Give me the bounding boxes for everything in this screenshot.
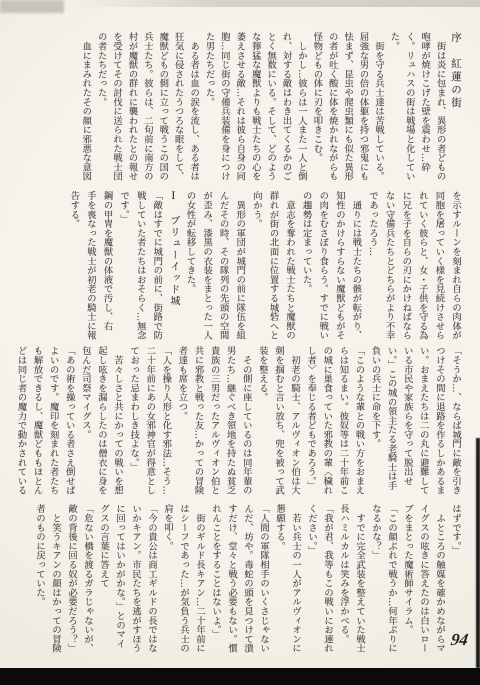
text-column: 懇願する。 [271,504,287,668]
text-column: 「この顔ぶれで戦うか…何年ぶりに [383,504,399,668]
text-column: の城に巣食っていた邪教の輩〈穢れ [318,346,334,510]
text-column: の趨勢は定まっていた。 [297,191,314,355]
text-column: よいのです。魔印を刻まれた者たち [45,346,61,510]
text-column: 「人を操り人形と化す邪法…そう… [157,346,173,510]
text-column: い。おまえたちは二の丸に避難して [415,346,431,510]
text-column: れ、対する敵はわき出てくるかのご [278,32,293,196]
text-column: と笑うキアンの顔はかっての冒険 [47,504,63,668]
text-column: も解放できるし、魔獣どももほとん [28,346,44,510]
text-column: であったろう… [363,191,380,355]
text-column: んだその時、その隊列の先頭の空間 [214,191,231,355]
text-column: の者が吐く酸に体を焼かれながらも [324,32,339,196]
text-column: 街のギルド長キアン…二十年前に [191,504,207,668]
text-column: ある者は血の涙を流し、ある者は [186,32,201,196]
text-column: 群れが街の北面に位置する城砦へと [264,191,281,355]
text-column: 「そうか…、ならば城門に敵を引き [447,346,463,510]
text-column: らは知るまい。彼奴等は二十年前こ [334,346,350,510]
text-column: 告する。 [65,191,82,355]
text-column: ください。」 [303,504,319,668]
text-column: んだ、坊や。毒蛇の頭を見つけて潰 [239,504,255,668]
text-column: ブをまとった魔術師サイラム。 [399,504,415,668]
text-column: 「今の貴公は商工ギルドの長ではな [143,504,159,668]
text-column: 街は炎に包まれ、異形の者どもの [432,32,447,196]
text-column: いかキアン。市民たちを逃がすほう [127,504,143,668]
text-column: 村が魔獣の群れに襲われたとの報せ [124,32,139,196]
text-band-1: 序 紅蓮の街 街は炎に包まれ、異形の者どもの咆哮が焼けこげた壁を震わせ…砕く。リ… [11,32,463,196]
text-column: 「危ない橋を渡るガラじゃないが、 [79,504,95,668]
text-column: グスの言葉に答えて [95,504,111,668]
text-column: 苦々しさと共にかっての戦いを想 [109,346,125,510]
text-column: 者のものに戻っていた。 [31,504,47,668]
text-column: 男たち…継ぐべき領地を持たぬ貧乏 [222,346,238,510]
text-column: 血にまみれたその顔に邪悪な意図 [78,32,93,196]
chapter-title: 序 紅蓮の街 [448,32,463,196]
text-column: 異形の軍団が城門の前に隊伍を組 [231,191,248,355]
text-column: 魔獣どもの側に立って戦うこの国の [155,32,170,196]
text-column: つけその間に退路を作るしかあるま [431,346,447,510]
text-column: 「あの術を操っている者さえ倒せば [61,346,77,510]
text-column: れていく彼らと、女・子供を守る為 [413,191,430,355]
text-column: すだけ、堂々と戦う必要もない。慣 [223,504,239,668]
text-column: 通りには戦士たちの骸が転がり、 [347,191,364,355]
text-column: ない守備兵たちとどちらがより不幸 [380,191,397,355]
text-column: 「敵はすでに城門の前に、街路で防 [148,191,165,355]
text-column: く。リュハスの街は戦場と化してい [401,32,416,196]
text-column: 萎えさせる敵…それは彼ら自身の同 [232,32,247,196]
text-column: 敵の背後に回る奴が必要だろう？」 [63,504,79,668]
text-column: に兄を子を自らの刃にかけねばなら [397,191,414,355]
text-column: 二十年前にあの女邪神官が得意とし [141,346,157,510]
text-column: 装を整える。 [254,346,270,510]
text-column: 「我が君、我等もこの戦いにお連れ [319,504,335,668]
text-column: た男たちだった。 [201,32,216,196]
page-number: 94 [450,630,470,650]
text-column: 鋼の甲冑を魔獣の体液で汚し、右 [98,191,115,355]
text-column: 胞…同じ街の守備兵装備を身につけ [217,32,232,196]
scan-bar-bottom [0,668,480,685]
text-column: 兵士たち。彼らは、二旬前に南方の [139,32,154,196]
text-column: 知性のかけらすらない魔獣どもがそ [330,191,347,355]
section-heading: Ⅰ ブリューイッド城 [164,191,181,355]
text-column: どは同じ者の魔力で動かされている [12,346,28,510]
scan-edge-right [476,438,480,668]
text-column: 意志を奪われた戦士たちと魔獣の [280,191,297,355]
scan-edge-top [0,0,480,7]
text-column: ふところの触媒を確かめながらマ [431,504,447,668]
text-column: が歪み、漆黒の衣装をまとった一人 [198,191,215,355]
text-column: すでに完全武装を整えていた戦士 [351,504,367,668]
text-column: はシーフであった…が気負う兵士の [175,504,191,668]
text-column: 長ハミルカルは笑みを浮かべる。 [335,504,351,668]
text-column: ておった忌まわしき技よな。」 [125,346,141,510]
text-column: 街を守る兵士達は苦戦している。 [371,32,386,196]
text-column: 起し呟きを漏らしたのは僧衣に身を [93,346,109,510]
text-column: 「人間の軍隊相手のいくさじゃない [255,504,271,668]
text-column: 包んだ司祭マイグス。 [77,346,93,510]
text-column: なるかな？」 [367,504,383,668]
text-column: に回ってはいかがかな。」とのマイ [111,504,127,668]
text-column: を示すルーンを刻まれ自らの肉体が [446,191,463,355]
scanned-novel-page: 序 紅蓮の街 街は炎に包まれ、異形の者どもの咆哮が焼けこげた壁を震わせ…砕く。リ… [0,0,480,685]
text-column: を受けてその討伐に送られた戦士団 [109,32,124,196]
text-column: いる市民や家族らを守って脱出せ [399,346,415,510]
text-column: とく無数にいる。そして、どのよう [263,32,278,196]
text-band-2: を示すルーンを刻まれ自らの肉体が同胞を屠っていく様を見続けさせられていく彼らと、… [11,191,463,355]
text-band-4: はずです。」 ふところの触媒を確かめながらマイグスの呟きに答えたのは白いローブを… [11,504,463,668]
text-column: し者〉を奉じる者どもであろう。」 [302,346,318,510]
text-column: 手を喪なった戦士が初老の騎士に報 [81,191,98,355]
text-column: 者達も席を立つ。 [173,346,189,510]
text-column: た。 [386,32,401,196]
text-column: イグスの呟きに答えたのは白いロー [415,504,431,668]
text-column: 肩を叩く。 [159,504,175,668]
text-column: れんことをすることはないよ。」 [207,504,223,668]
text-column: 貴族の三男だったアルヴィオン伯と [206,346,222,510]
text-column: 負いの兵士に命を下す。 [366,346,382,510]
text-column: 怪物どもの体に刃を叩きこむ。 [309,32,324,196]
scan-corner-smudge [0,0,64,13]
text-column: の女性が転移してきた。 [181,191,198,355]
text-column: 共に邪教と戦った友…かっての冒険 [189,346,205,510]
text-column: の肉をむさぼり食らう。すでに戦い [314,191,331,355]
text-column: 戦していた者たちはおそらく…無念 [131,191,148,355]
text-column: です。」 [115,191,132,355]
text-column: い。」この城の領主たる老騎士は手 [383,346,399,510]
text-column: 初老の騎士、アルヴィオン伯は大 [286,346,302,510]
text-column: 狂気に侵されたうつろな眼をして、 [170,32,185,196]
text-column: その側に座しているのは同年輩の [238,346,254,510]
text-column: 若い兵士の一人がアルヴィオンに [287,504,303,668]
text-column: 同胞を屠っていく様を見続けさせら [430,191,447,355]
text-column: 剣を掴むと言い放ち、兜を被って武 [270,346,286,510]
text-column: しかし…彼らは一人また一人と倒 [294,32,309,196]
text-column: 怯まず、昆虫や爬虫類にも似た異形 [340,32,355,196]
text-column: 屈強な男の倍の体躯を持つ邪鬼にも [355,32,370,196]
text-column: な獰猛な魔獣よりも戦士たちの心を [247,32,262,196]
text-column: の者たちだった。 [93,32,108,196]
text-column: 「このような輩との戦い方をおまえ [350,346,366,510]
text-column: 向かう。 [247,191,264,355]
text-column: 咆哮が焼けこげた壁を震わせ…砕 [417,32,432,196]
text-band-3: 「そうか…、ならば城門に敵を引きつけその間に退路を作るしかあるまい。おまえたちは… [11,346,463,510]
